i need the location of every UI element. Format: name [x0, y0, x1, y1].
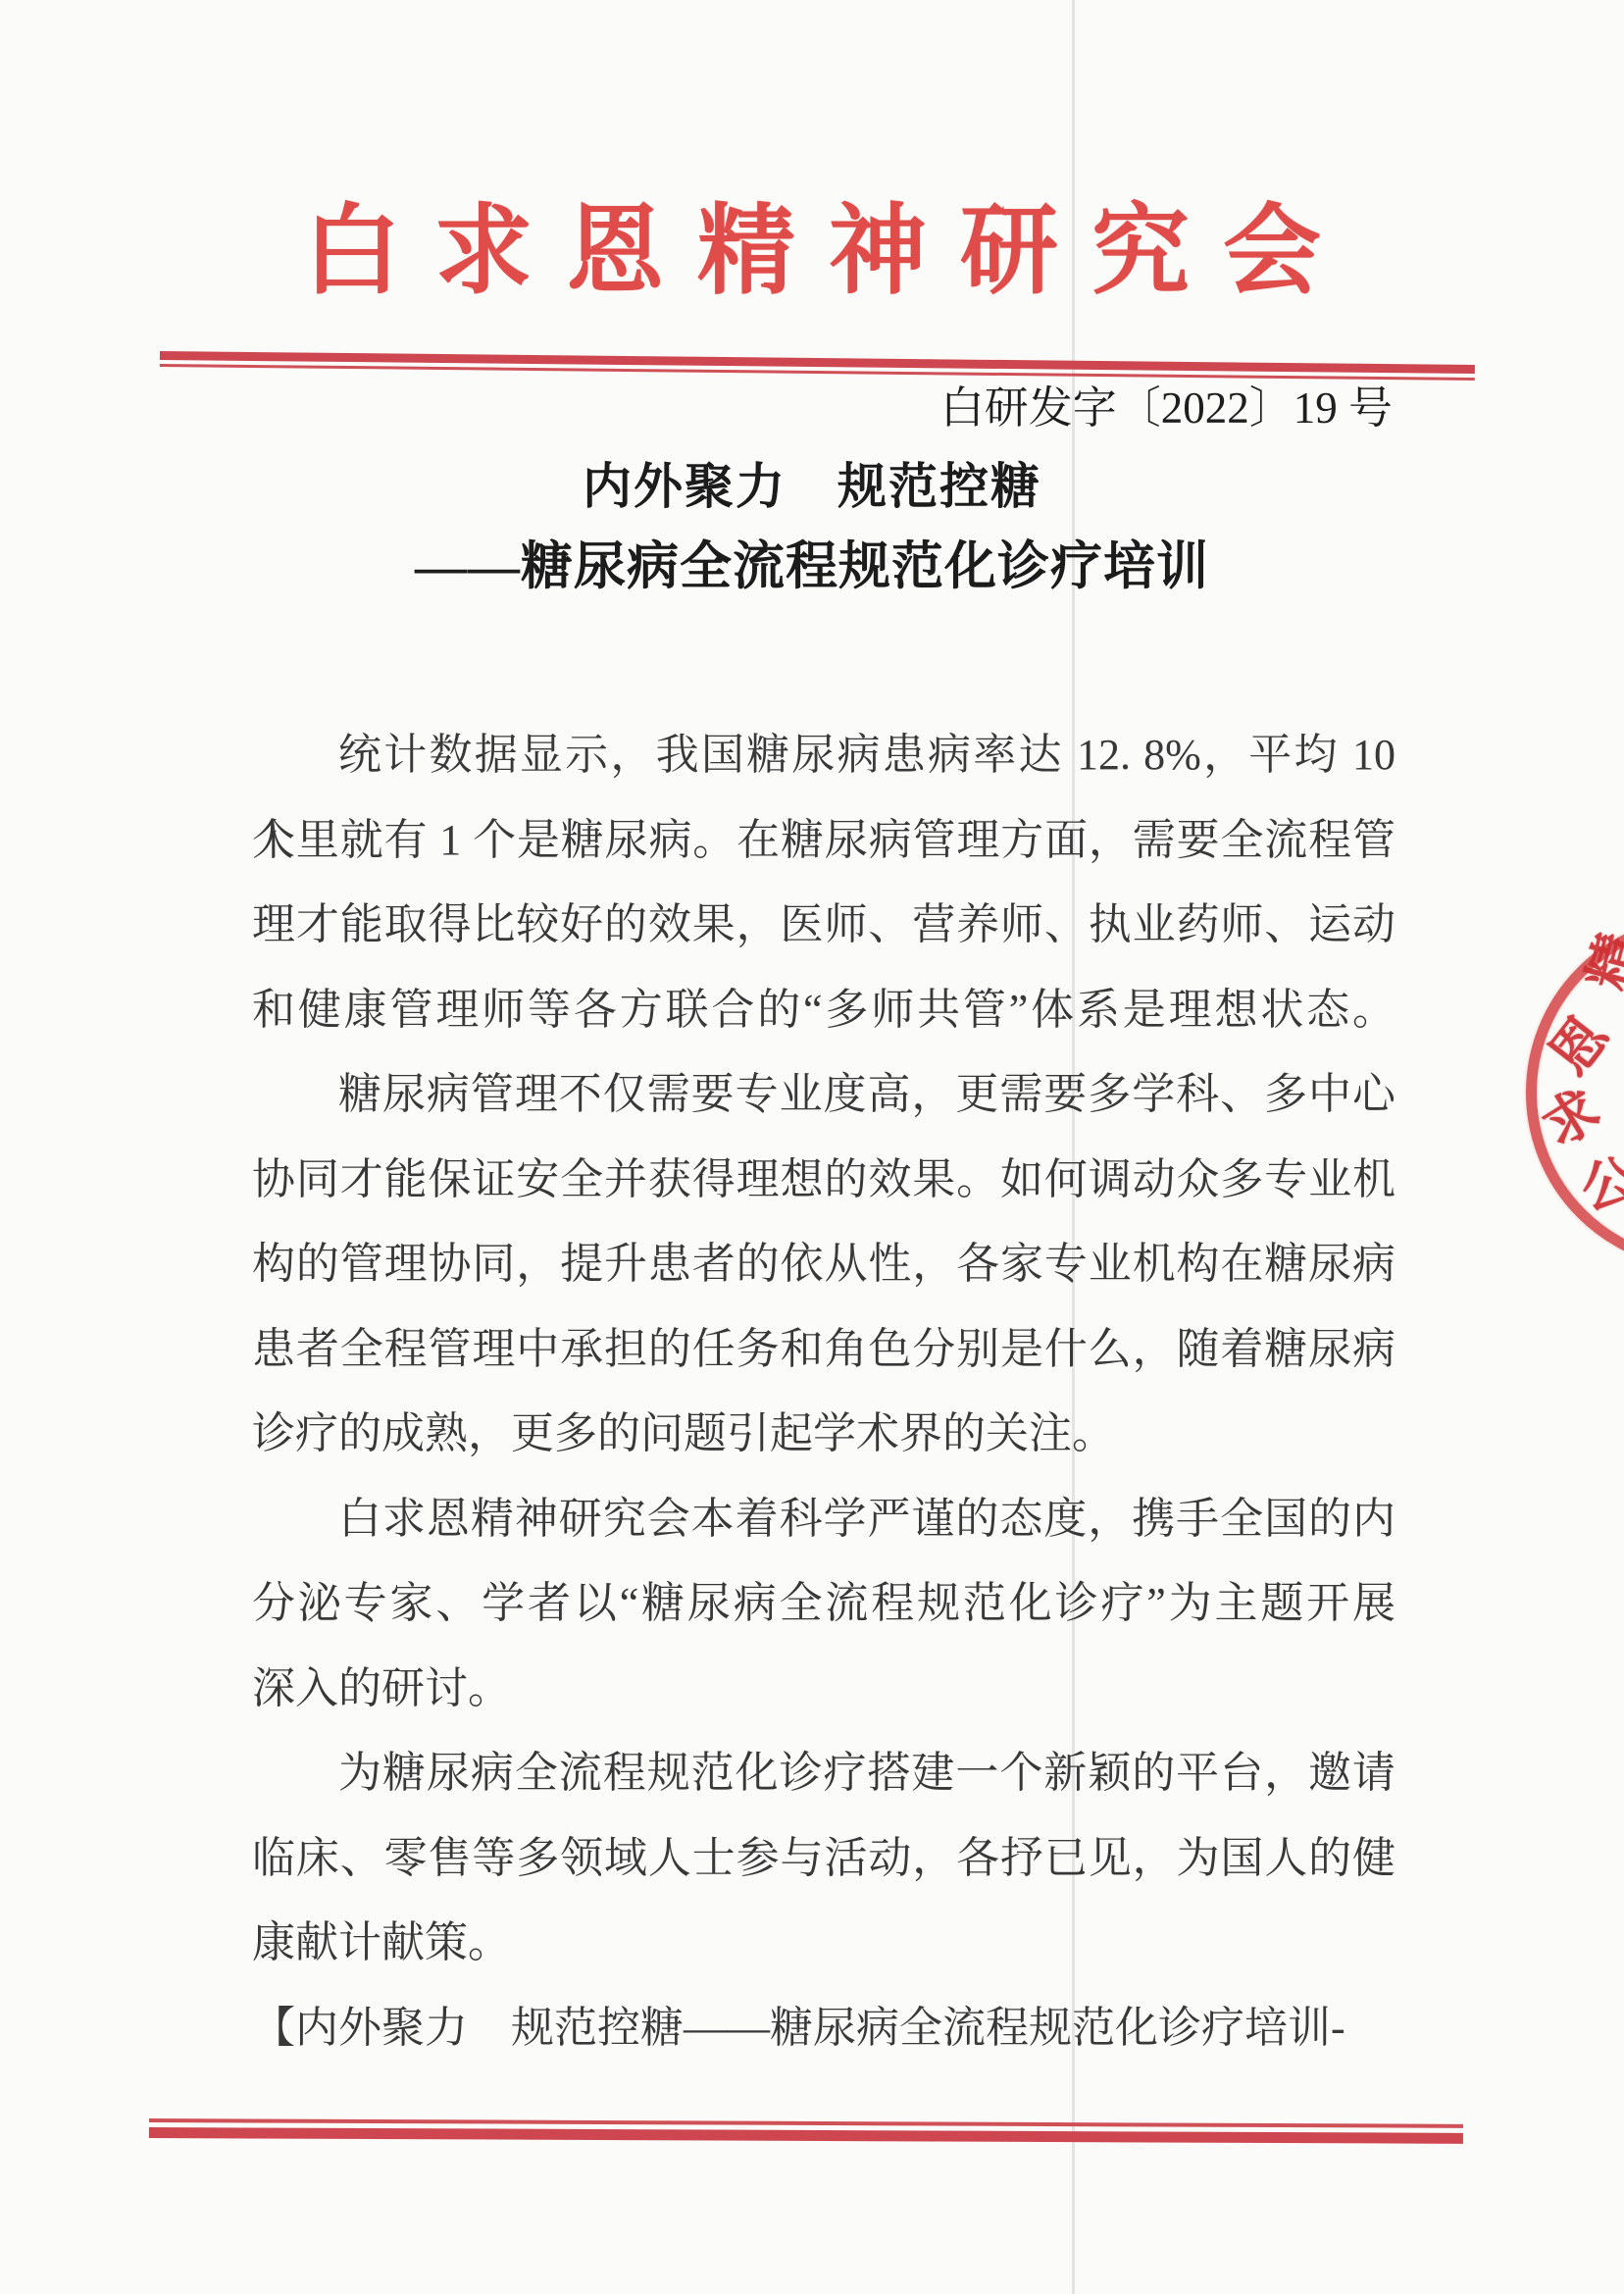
- body-line: 临床、零售等多领域人士参与活动，各抒已见，为国人的健: [252, 1816, 1396, 1902]
- body-line: 协同才能保证安全并获得理想的效果。如何调动众多专业机: [252, 1138, 1396, 1223]
- body-line: 【内外聚力 规范控糖——糖尿病全流程规范化诊疗培训-: [252, 1986, 1396, 2071]
- body-line: 为糖尿病全流程规范化诊疗搭建一个新颖的平台，邀请: [252, 1731, 1396, 1816]
- body-text: 统计数据显示，我国糖尿病患病率达 12. 8%，平均 10 个 人里就有 1 个…: [252, 713, 1396, 2070]
- body-line: 康献计献策。: [252, 1901, 1396, 1986]
- body-line: 白求恩精神研究会本着科学严谨的态度，携手全国的内: [252, 1477, 1396, 1562]
- body-line: 构的管理协同，提升患者的依从性，各家专业机构在糖尿病: [252, 1222, 1396, 1307]
- body-line: 患者全程管理中承担的任务和角色分别是什么，随着糖尿病: [252, 1307, 1396, 1393]
- body-line: 统计数据显示，我国糖尿病患病率达 12. 8%，平均 10 个: [252, 713, 1396, 798]
- document-number: 白研发字〔2022〕19 号: [940, 382, 1393, 433]
- scanned-document-page: 白求恩精神研究会 白研发字〔2022〕19 号 内外聚力 规范控糖 ——糖尿病全…: [0, 0, 1624, 2294]
- footer-double-rule: [149, 2118, 1463, 2144]
- body-line: 人里就有 1 个是糖尿病。在糖尿病管理方面，需要全流程管: [252, 798, 1396, 884]
- body-line: 理才能取得比较好的效果，医师、营养师、执业药师、运动: [252, 883, 1396, 968]
- notice-subtitle: ——糖尿病全流程规范化诊疗培训: [0, 535, 1624, 598]
- body-line: 和健康管理师等各方联合的“多师共管”体系是理想状态。: [252, 968, 1396, 1053]
- header-double-rule: [160, 351, 1475, 381]
- body-line: 诊疗的成熟，更多的问题引起学术界的关注。: [252, 1392, 1396, 1477]
- body-line: 糖尿病管理不仅需要专业度高，更需要多学科、多中心: [252, 1052, 1396, 1138]
- letterhead-title: 白求恩精神研究会: [0, 194, 1624, 310]
- notice-title: 内外聚力 规范控糖: [0, 457, 1624, 516]
- body-line: 深入的研讨。: [252, 1647, 1396, 1732]
- body-line: 分泌专家、学者以“糖尿病全流程规范化诊疗”为主题开展: [252, 1561, 1396, 1647]
